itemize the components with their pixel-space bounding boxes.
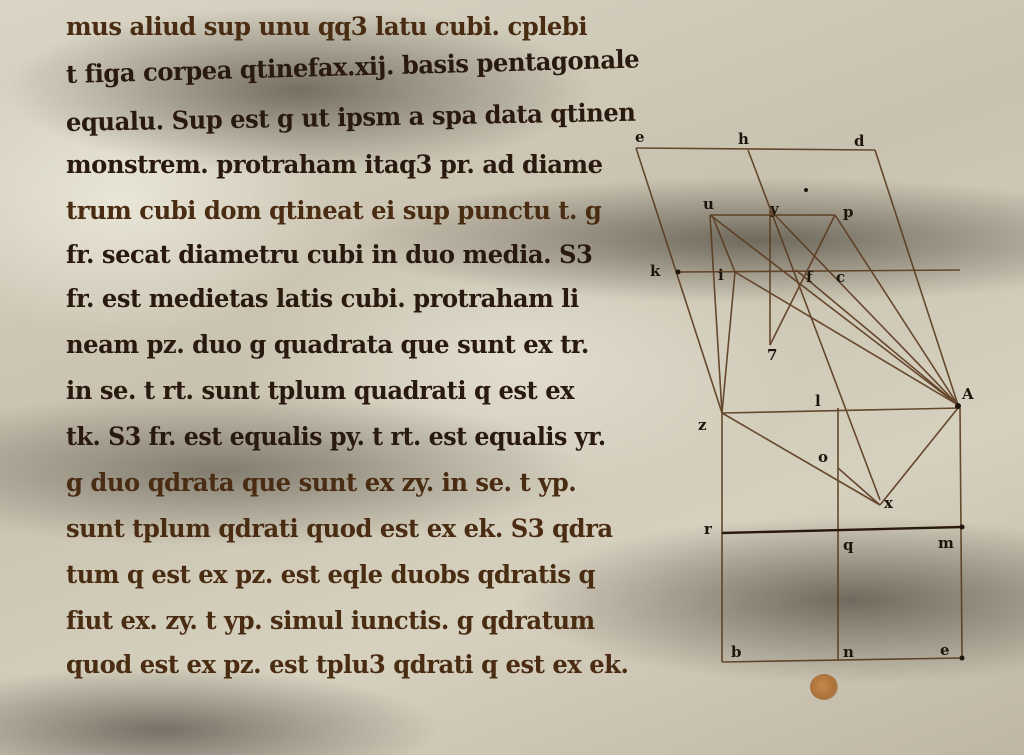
diagram-label-e-top: e (635, 128, 645, 146)
diagram-label-z: z (698, 416, 707, 434)
diagram-label-d: d (854, 132, 865, 150)
diagram-label-c: c (836, 268, 845, 286)
diagram-label-i: i (718, 266, 724, 284)
parchment-stain (810, 674, 838, 700)
diagram-label-b: b (731, 643, 742, 661)
geometric-diagram (0, 0, 1024, 755)
diagram-label-o: o (818, 448, 828, 466)
diagram-label-l: l (815, 392, 821, 410)
diagram-label-k: k (650, 262, 660, 280)
diagram-label-A: A (962, 385, 974, 403)
diagram-label-e-bottom: e (940, 641, 950, 659)
diagram-label-f: f (806, 268, 812, 286)
diagram-label-h: h (738, 130, 749, 148)
diagram-label-x: x (884, 494, 893, 512)
diagram-label-7: 7 (767, 346, 777, 364)
diagram-label-n: n (843, 643, 854, 661)
diagram-label-u: u (703, 195, 714, 213)
diagram-label-r: r (704, 520, 712, 538)
diagram-label-m: m (938, 534, 954, 552)
diagram-label-y: y (770, 200, 779, 218)
diagram-label-q: q (843, 536, 854, 554)
diagram-label-p: p (843, 203, 854, 221)
